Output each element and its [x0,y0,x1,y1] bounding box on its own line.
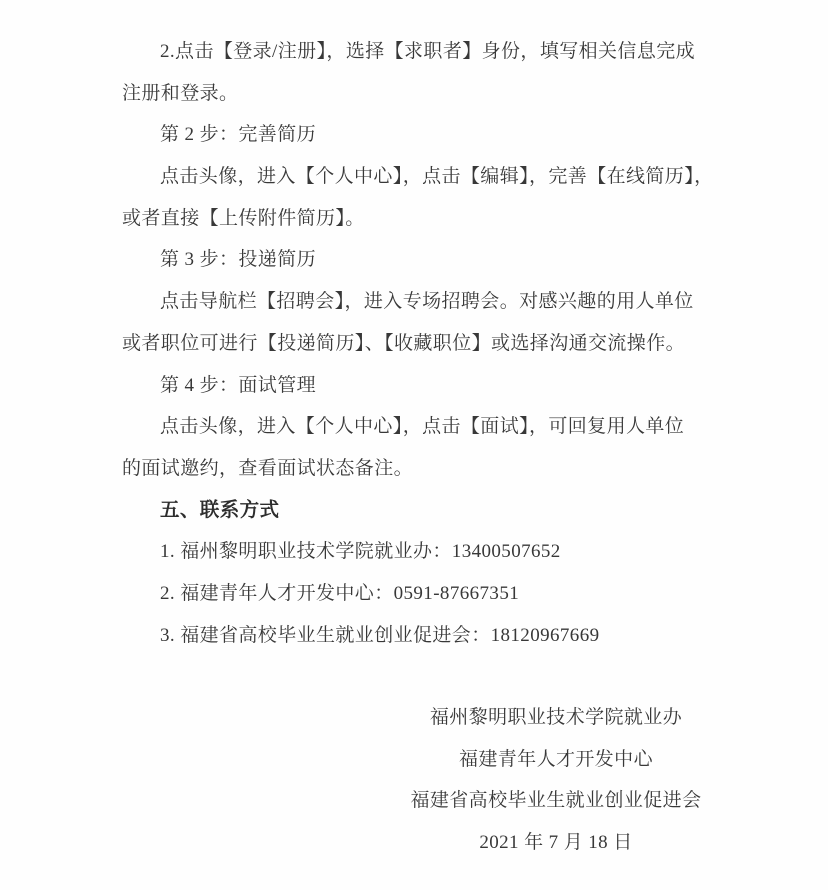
step3-heading: 第 3 步：投递简历 [160,245,316,274]
contact-item-1: 1. 福州黎明职业技术学院就业办：13400507652 [160,537,561,566]
step2-line-1: 点击头像，进入【个人中心】，点击【编辑】，完善【在线简历】， [160,162,714,191]
signature-org-3: 福建省高校毕业生就业创业促进会 [284,786,828,815]
step2-line-2: 或者直接【上传附件简历】。 [122,204,365,233]
step4-line-1: 点击头像，进入【个人中心】，点击【面试】，可回复用人单位 [160,412,684,441]
step4-heading: 第 4 步：面试管理 [160,371,316,400]
step4-line-2: 的面试邀约，查看面试状态备注。 [122,454,413,483]
step3-line-2: 或者职位可进行【投递简历】、【收藏职位】或选择沟通交流操作。 [122,329,685,358]
contact-item-3: 3. 福建省高校毕业生就业创业促进会：18120967669 [160,621,600,650]
login-para-line-2: 注册和登录。 [122,79,238,108]
login-para-line-1: 2.点击【登录/注册】，选择【求职者】身份，填写相关信息完成 [160,37,695,66]
signature-org-1: 福州黎明职业技术学院就业办 [284,703,828,732]
signature-date: 2021 年 7 月 18 日 [284,828,828,857]
contacts-section-heading: 五、联系方式 [160,496,279,525]
step2-heading: 第 2 步：完善简历 [160,120,316,149]
signature-org-2: 福建青年人才开发中心 [284,745,828,774]
document-page: 2.点击【登录/注册】，选择【求职者】身份，填写相关信息完成 注册和登录。 第 … [0,0,828,890]
step3-line-1: 点击导航栏【招聘会】，进入专场招聘会。对感兴趣的用人单位 [160,287,694,316]
contact-item-2: 2. 福建青年人才开发中心：0591-87667351 [160,579,519,608]
